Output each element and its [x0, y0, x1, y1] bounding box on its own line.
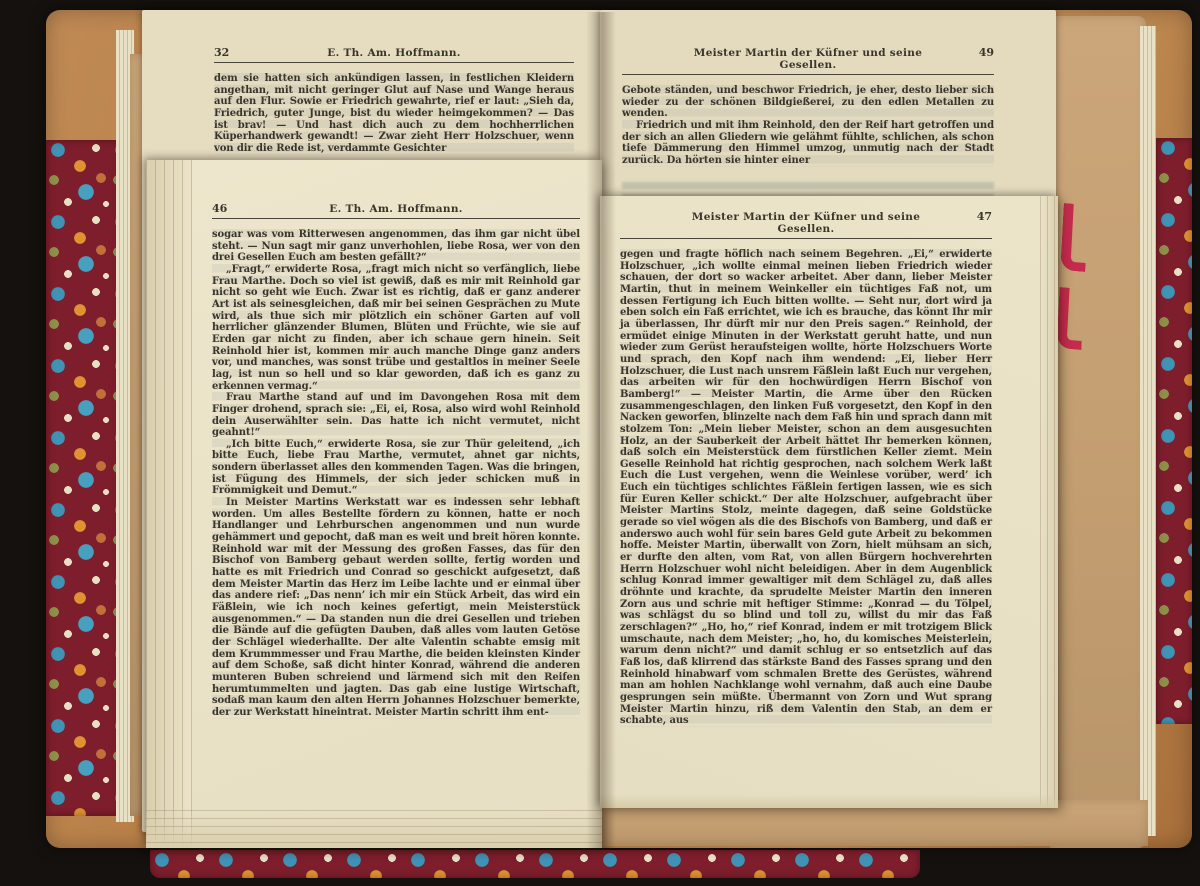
page-text: sogar was vom Ritterwesen angenommen, da… [212, 229, 580, 719]
running-header: Meister Martin der Küfner und seine Gese… [664, 47, 952, 71]
paragraph: Friedrich und mit ihm Reinhold, den der … [622, 120, 994, 167]
brown-flyleaf-right [1050, 16, 1146, 848]
marbled-endpaper-left [46, 140, 120, 816]
page-header: Meister Martin der Küfner und seine Gese… [622, 46, 994, 71]
paragraph: dem sie hatten sich ankündigen lassen, i… [214, 73, 574, 155]
page-edges-right [1140, 26, 1156, 836]
red-letter-fragment [1060, 203, 1088, 272]
running-header: E. Th. Am. Hoffmann. [256, 47, 532, 59]
paragraph: „Fragt,“ erwiderte Rosa, „fragt mich nic… [212, 264, 580, 392]
book-page-46: 46 E. Th. Am. Hoffmann. sogar was vom Ri… [146, 160, 602, 848]
page-header: 32 E. Th. Am. Hoffmann. [214, 46, 574, 59]
paragraph: „Ich bitte Euch,“ erwiderte Rosa, sie zu… [212, 439, 580, 497]
paragraph: Frau Marthe stand auf und im Davongehen … [212, 392, 580, 439]
red-letter-fragment [1056, 287, 1084, 350]
page-text: gegen und fragte höflich nach seinem Beg… [620, 249, 992, 727]
paragraph: Gebote ständen, und beschwor Friedrich, … [622, 85, 994, 120]
page-number: 32 [214, 46, 256, 59]
page-text: Gebote ständen, und beschwor Friedrich, … [622, 85, 994, 167]
header-rule [622, 74, 994, 75]
running-header: Meister Martin der Küfner und seine Gese… [662, 211, 950, 235]
header-rule [214, 62, 574, 63]
running-header: E. Th. Am. Hoffmann. [254, 203, 538, 215]
marbled-endpaper-bottom [150, 850, 920, 878]
page-number: 47 [950, 210, 992, 223]
book-page-47: Meister Martin der Küfner und seine Gese… [600, 196, 1058, 808]
page-number: 46 [212, 202, 254, 215]
photo-of-open-book: 32 E. Th. Am. Hoffmann. dem sie hatten s… [0, 0, 1200, 886]
paragraph: In Meister Martins Werkstatt war es inde… [212, 497, 580, 718]
paragraph: gegen und fragte höflich nach seinem Beg… [620, 249, 992, 727]
page-text: dem sie hatten sich ankündigen lassen, i… [214, 73, 574, 155]
paragraph: sogar was vom Ritterwesen angenommen, da… [212, 229, 580, 264]
header-rule [212, 218, 580, 219]
page-header: 46 E. Th. Am. Hoffmann. [212, 202, 580, 215]
header-rule [620, 238, 992, 239]
marbled-endpaper-right [1156, 138, 1192, 724]
page-header: Meister Martin der Küfner und seine Gese… [620, 210, 992, 235]
page-number: 49 [952, 46, 994, 59]
